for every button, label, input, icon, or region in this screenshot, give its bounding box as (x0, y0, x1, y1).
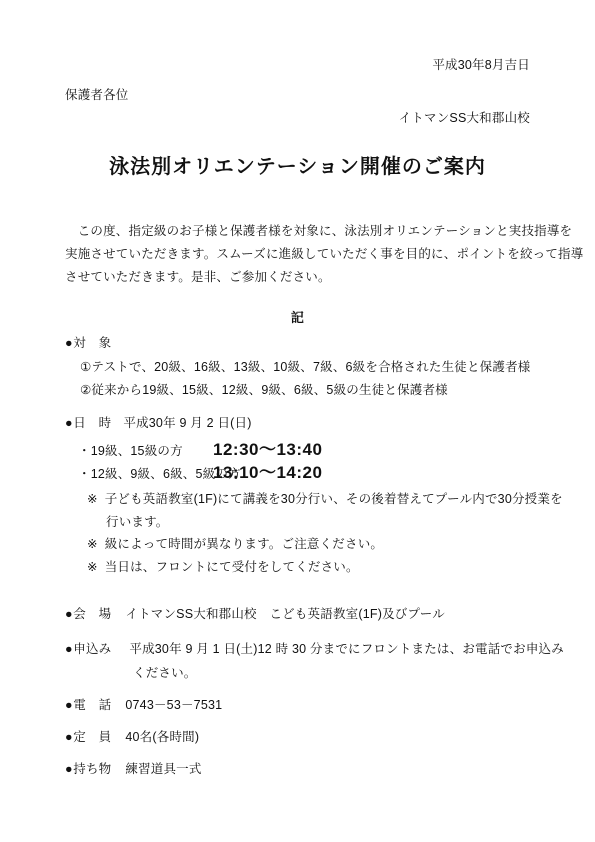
time-row-value: 12:30～13:40 (213, 440, 322, 460)
record-mark: 記 (0, 310, 595, 326)
phone-label: 電 話 (73, 697, 111, 713)
belongings-row: ●持ち物 練習道具一式 (65, 761, 202, 777)
header-date: 平成30年8月吉日 (432, 57, 530, 73)
target-section-heading: ●対 象 (65, 335, 111, 351)
phone-value: 0743－53－7531 (125, 697, 222, 713)
bullet-icon: ● (65, 335, 73, 351)
note-mark: ※ (87, 491, 98, 507)
note-text: 級によって時間が異なります。ご注意ください。 (105, 536, 383, 552)
intro-line-3: させていただきます。是非、ご参加ください。 (65, 269, 331, 285)
sender: イトマンSS大和郡山校 (399, 110, 530, 126)
application-value-continuation: ください。 (133, 665, 197, 681)
document-page: 平成30年8月吉日 保護者各位 イトマンSS大和郡山校 泳法別オリエンテーション… (0, 0, 595, 842)
note-row-1: ※ 子ども英語教室(1F)にて講義を30分行い、その後着替えてプール内で30分授… (87, 491, 563, 507)
note-text: 当日は、フロントにて受付をしてください。 (105, 559, 359, 575)
application-row: ●申込み 平成30年 9 月 1 日(土)12 時 30 分までにフロントまたは… (65, 641, 564, 657)
datetime-heading: ●日 時 平成30年 9 月 2 日(日) (65, 415, 252, 431)
note-mark: ※ (87, 559, 98, 575)
bullet-icon: ● (65, 761, 73, 777)
capacity-value: 40名(各時間) (125, 729, 199, 745)
addressee: 保護者各位 (65, 87, 129, 103)
time-row-label: ・12級、9級、6級、5級の方 (78, 466, 213, 482)
datetime-value: 平成30年 9 月 2 日(日) (123, 415, 251, 431)
note-row-3: ※ 当日は、フロントにて受付をしてください。 (87, 559, 359, 575)
bullet-icon: ● (65, 729, 73, 745)
application-label: 申込み (73, 641, 111, 657)
application-value: 平成30年 9 月 1 日(土)12 時 30 分までにフロントまたは、お電話で… (129, 641, 564, 657)
bullet-icon: ● (65, 606, 73, 622)
bullet-icon: ● (65, 697, 73, 713)
time-row-2: ・12級、9級、6級、5級の方 13:10～14:20 (78, 463, 322, 483)
time-row-label: ・19級、15級の方 (78, 443, 213, 459)
venue-value: イトマンSS大和郡山校 こども英語教室(1F)及びプール (125, 606, 445, 622)
document-title: 泳法別オリエンテーション開催のご案内 (0, 155, 595, 179)
intro-line-1: この度、指定級のお子様と保護者様を対象に、泳法別オリエンテーションと実技指導を (65, 223, 572, 239)
intro-line-2: 実施させていただきます。スムーズに進級していただく事を目的に、ポイントを絞って指… (65, 246, 583, 262)
time-row-1: ・19級、15級の方 12:30～13:40 (78, 440, 322, 460)
bullet-icon: ● (65, 415, 73, 431)
note-row-1-continuation: 行います。 (106, 514, 169, 530)
note-text: 子ども英語教室(1F)にて講義を30分行い、その後着替えてプール内で30分授業を (105, 491, 563, 507)
target-item-1: ①テストで、20級、16級、13級、10級、7級、6級を合格された生徒と保護者様 (80, 359, 530, 375)
venue-label: 会 場 (73, 606, 111, 622)
capacity-label: 定 員 (73, 729, 111, 745)
datetime-label: 日 時 (73, 415, 111, 431)
time-row-value: 13:10～14:20 (213, 463, 322, 483)
belongings-label: 持ち物 (73, 761, 111, 777)
phone-row: ●電 話 0743－53－7531 (65, 697, 222, 713)
belongings-value: 練習道具一式 (125, 761, 201, 777)
target-item-2: ②従来から19級、15級、12級、9級、6級、5級の生徒と保護者様 (80, 382, 448, 398)
target-section-label: 対 象 (73, 335, 111, 351)
venue-row: ●会 場 イトマンSS大和郡山校 こども英語教室(1F)及びプール (65, 606, 445, 622)
capacity-row: ●定 員 40名(各時間) (65, 729, 199, 745)
note-mark: ※ (87, 536, 98, 552)
note-row-2: ※ 級によって時間が異なります。ご注意ください。 (87, 536, 383, 552)
bullet-icon: ● (65, 641, 73, 657)
